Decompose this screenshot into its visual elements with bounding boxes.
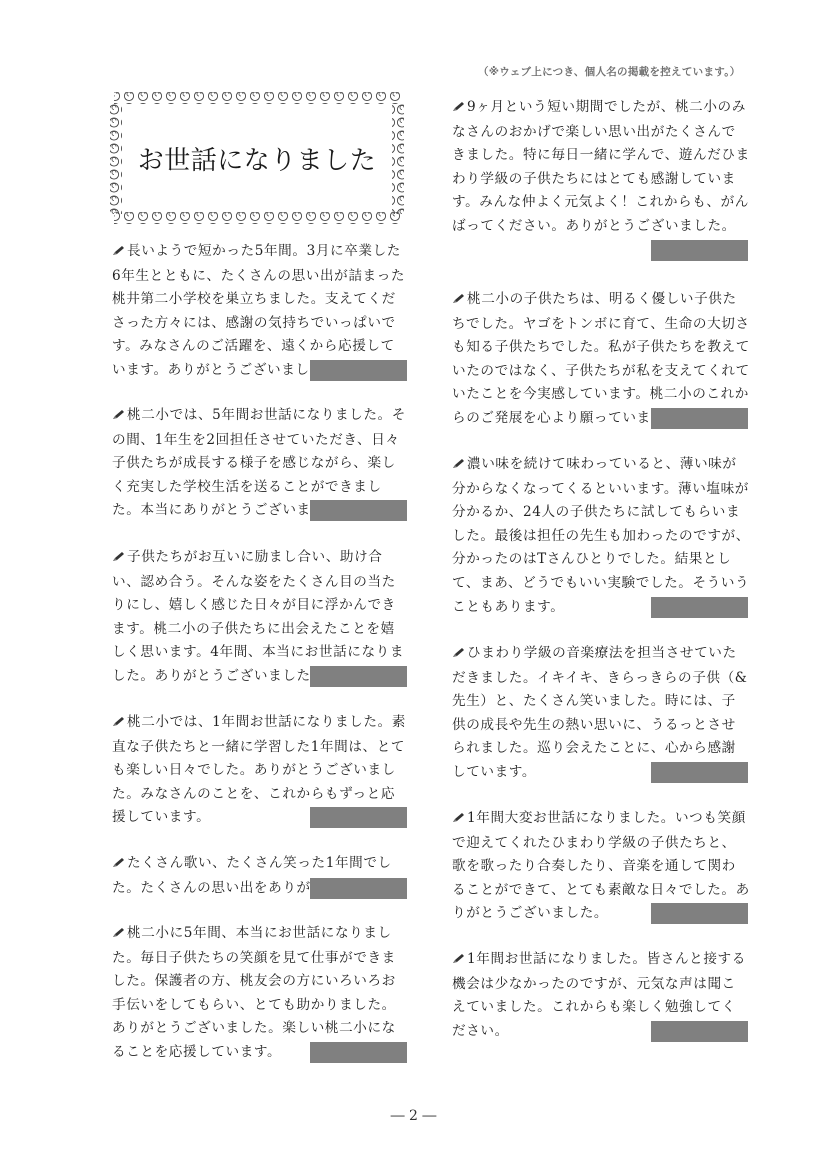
redacted-name — [651, 408, 748, 429]
pen-bullet-icon — [112, 241, 125, 265]
page-title: お世話になりました — [108, 90, 406, 226]
pen-bullet-icon — [452, 808, 465, 832]
message-block: たくさん歌い、たくさん笑った1年間でした。たくさんの思い出をありがとう。 — [112, 852, 407, 900]
message-block: 子供たちがお互いに励まし合い、助け合い、認め合う。そんな姿をたくさん目の当たりに… — [112, 546, 407, 688]
redacted-name — [310, 1042, 407, 1063]
pen-bullet-icon — [112, 923, 125, 947]
message-text: 9ヶ月という短い期間でしたが、桃二小のみなさんのおかげで楽しい思い出がたくさんで… — [452, 99, 750, 234]
message-block: 9ヶ月という短い期間でしたが、桃二小のみなさんのおかげで楽しい思い出がたくさんで… — [452, 96, 750, 262]
pen-bullet-icon — [452, 643, 465, 667]
message-block: 長いようで短かった5年間。3月に卒業した6年生とともに、たくさんの思い出が詰まっ… — [112, 240, 407, 382]
pen-bullet-icon — [452, 454, 465, 478]
message-text: 長いようで短かった5年間。3月に卒業した6年生とともに、たくさんの思い出が詰まっ… — [112, 243, 405, 378]
pen-bullet-icon — [452, 289, 465, 313]
redacted-name — [310, 666, 407, 687]
message-block: 桃二小では、5年間お世話になりました。その間、1年生を2回担任させていただき、日… — [112, 404, 407, 522]
message-block: 桃二小では、1年間お世話になりました。素直な子供たちと一緒に学習した1年間は、と… — [112, 711, 407, 829]
message-block: 1年間大変お世話になりました。いつも笑顔で迎えてくれたひまわり学級の子供たちと、… — [452, 807, 750, 925]
message-text: 子供たちがお互いに励まし合い、助け合い、認め合う。そんな姿をたくさん目の当たりに… — [112, 549, 404, 684]
pen-bullet-icon — [452, 97, 465, 121]
message-block: 1年間お世話になりました。皆さんと接する機会は少なかったのですが、元気な声は聞こ… — [452, 948, 750, 1043]
redacted-name — [651, 1021, 748, 1042]
pen-bullet-icon — [112, 547, 125, 571]
pen-bullet-icon — [452, 949, 465, 973]
message-text: 桃二小に5年間、本当にお世話になりました。毎日子供たちの笑顔を見て仕事ができまし… — [112, 925, 396, 1060]
title-frame: お世話になりました — [108, 90, 406, 226]
message-text: 桃二小の子供たちは、明るく優しい子供たちでした。ヤゴをトンボに育て、生命の大切さ… — [452, 291, 750, 426]
redacted-name — [310, 500, 407, 521]
redacted-name — [651, 597, 748, 618]
message-block: 桃二小に5年間、本当にお世話になりました。毎日子供たちの笑顔を見て仕事ができまし… — [112, 922, 407, 1064]
redacted-name — [651, 240, 748, 261]
privacy-notice: （※ウェブ上につき、個人名の掲載を控えています。） — [478, 64, 778, 79]
redacted-name — [310, 360, 407, 381]
redacted-name — [651, 762, 748, 783]
pen-bullet-icon — [112, 712, 125, 736]
message-block: ひまわり学級の音楽療法を担当させていただきました。イキイキ、きらっきらの子供（&… — [452, 642, 750, 784]
message-text: ひまわり学級の音楽療法を担当させていただきました。イキイキ、きらっきらの子供（&… — [452, 645, 748, 780]
pen-bullet-icon — [112, 405, 125, 429]
message-block: 濃い味を続けて味わっていると、薄い味が分からなくなってくるといいます。薄い塩味が… — [452, 453, 750, 619]
redacted-name — [310, 878, 407, 899]
page-number: ― 2 ― — [0, 1108, 827, 1124]
redacted-name — [651, 903, 748, 924]
redacted-name — [310, 807, 407, 828]
message-block: 桃二小の子供たちは、明るく優しい子供たちでした。ヤゴをトンボに育て、生命の大切さ… — [452, 288, 750, 430]
message-text: 濃い味を続けて味わっていると、薄い味が分からなくなってくるといいます。薄い塩味が… — [452, 456, 750, 615]
pen-bullet-icon — [112, 853, 125, 877]
